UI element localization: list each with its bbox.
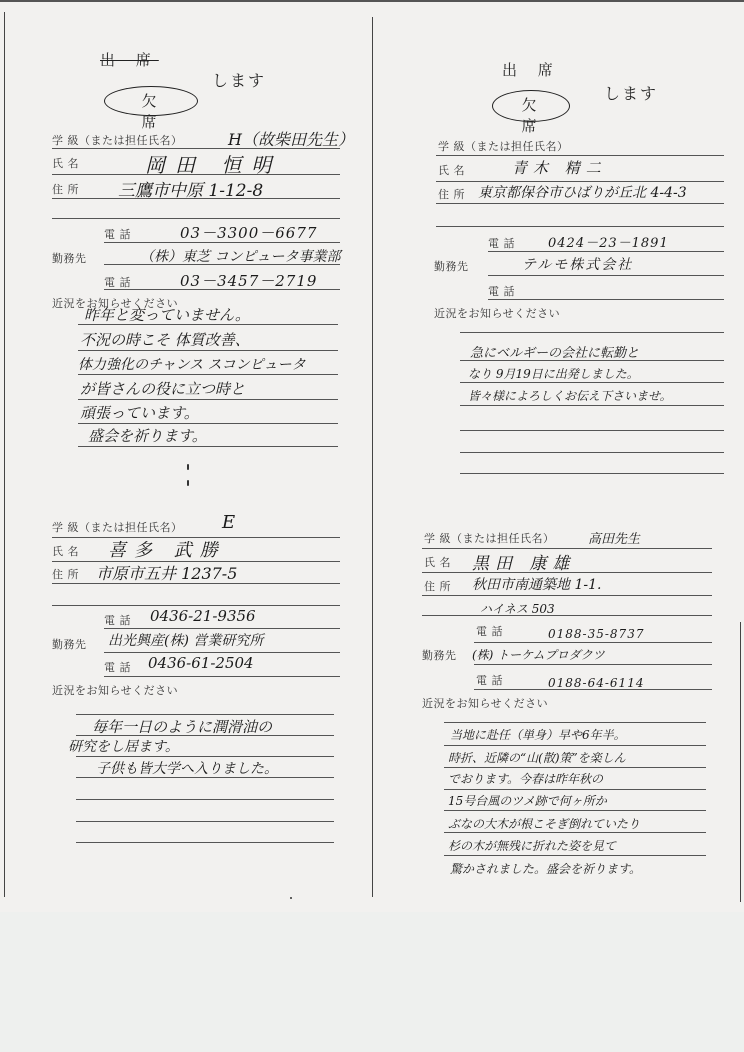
- reply-card-aoki: 出 席 します 欠 席 学 級（または担任氏名） 氏 名 青木 精二 住 所 東…: [372, 2, 744, 502]
- work-phone-value: 0436-61-2504: [148, 654, 254, 672]
- rule: [460, 405, 724, 406]
- news-line: 15号台風のツメ跡で何ヶ所か: [448, 792, 607, 809]
- phone-value: 0188-35-8737: [548, 627, 644, 641]
- rule: [78, 374, 338, 375]
- news-line: 子供も皆大学へ入りました。: [96, 758, 278, 778]
- absent-option-circled: 欠 席: [492, 90, 570, 122]
- rule: [436, 155, 724, 156]
- rule: [104, 676, 340, 677]
- phone-value: 0436-21-9356: [150, 607, 256, 625]
- work-phone-label: 電 話: [488, 283, 515, 299]
- news-line: 昨年と変っていません。: [84, 304, 250, 325]
- news-line: 時折、近隣の“山(散)策”を楽しん: [448, 749, 626, 766]
- news-line: 不況の時こそ 体質改善、: [80, 329, 250, 350]
- rule: [460, 430, 724, 431]
- news-line: 当地に赴任（単身）早や6年半。: [450, 726, 626, 743]
- rule: [76, 821, 334, 822]
- rule: [488, 299, 724, 300]
- news-line: 頑張っています。: [80, 402, 199, 423]
- name-label: 氏 名: [424, 554, 451, 570]
- rule: [52, 198, 340, 199]
- rule: [78, 324, 338, 325]
- address-label: 住 所: [438, 186, 465, 202]
- rule: [460, 382, 724, 383]
- scan-mark: [290, 897, 292, 899]
- work-phone-label: 電 話: [104, 274, 131, 290]
- reply-card-kita: 学 級（または担任氏名） E 氏 名 喜多 武勝 住 所 市原市五井 1237-…: [0, 502, 372, 902]
- grade-value: 高田先生: [588, 528, 640, 547]
- absent-option-circled: 欠 席: [104, 86, 198, 116]
- news-line: 盛会を祈ります。: [88, 425, 207, 446]
- address-label: 住 所: [52, 566, 79, 582]
- address-label: 住 所: [424, 578, 451, 594]
- work-phone-value: 0188-64-6114: [548, 676, 644, 690]
- workplace-value: （株）東芝 コンピュータ事業部: [140, 246, 340, 266]
- address-value: 市原市五井 1237-5: [96, 561, 237, 584]
- rule: [52, 218, 340, 219]
- rule: [76, 714, 334, 715]
- scanned-page: 出 席 します 欠 席 学 級（または担任氏名） H（故柴田先生） 氏 名 岡田…: [0, 0, 744, 914]
- rule: [444, 855, 706, 856]
- reply-card-okada: 出 席 します 欠 席 学 級（または担任氏名） H（故柴田先生） 氏 名 岡田…: [0, 2, 372, 502]
- phone-value: 03－3300－6677: [180, 222, 317, 243]
- name-value: 青木 精二: [512, 157, 607, 178]
- news-line: 毎年一日のように潤滑油の: [92, 716, 272, 737]
- rule: [422, 572, 712, 573]
- workplace-value: テルモ株式会社: [522, 254, 633, 274]
- attend-option: 出 席: [502, 59, 561, 80]
- rule: [104, 289, 340, 290]
- phone-label: 電 話: [476, 623, 503, 639]
- workplace-label: 勤務先: [422, 647, 457, 663]
- name-label: 氏 名: [438, 162, 465, 178]
- rule: [436, 203, 724, 204]
- rule: [104, 628, 340, 629]
- news-line: でおります。今春は昨年秋の: [448, 770, 603, 787]
- rule: [422, 615, 712, 616]
- rule: [488, 251, 724, 252]
- attend-option: 出 席: [100, 49, 159, 70]
- news-line: が皆さんの役に立つ時と: [80, 378, 245, 399]
- rule: [78, 446, 338, 447]
- rule: [104, 652, 340, 653]
- reply-card-kuroda: 学 級（または担任氏名） 高田先生 氏 名 黒田 康雄 住 所 秋田市南通築地 …: [372, 502, 744, 902]
- workplace-label: 勤務先: [434, 258, 469, 274]
- phone-label: 電 話: [488, 235, 515, 251]
- address-label: 住 所: [52, 181, 79, 197]
- rule: [460, 332, 724, 333]
- rule: [474, 689, 712, 690]
- rule: [78, 399, 338, 400]
- rule: [460, 473, 724, 474]
- phone-value: 0424－23－1891: [548, 232, 669, 251]
- news-label: 近況をお知らせください: [422, 695, 548, 711]
- rule: [76, 756, 334, 757]
- phone-label: 電 話: [104, 226, 131, 242]
- rule: [444, 722, 706, 723]
- news-line: 急にベルギーの会社に転勤と: [470, 342, 639, 361]
- name-value: 黒田 康雄: [472, 549, 575, 574]
- rule: [444, 810, 706, 811]
- scan-mark: [187, 480, 189, 486]
- workplace-value: 出光興産(株) 営業研究所: [108, 630, 263, 650]
- rule: [474, 642, 712, 643]
- rule: [76, 842, 334, 843]
- rule: [76, 777, 334, 778]
- news-label: 近況をお知らせください: [52, 682, 178, 698]
- rule: [52, 174, 340, 175]
- shimasu-label: します: [212, 68, 266, 91]
- blank-scan-margin: [0, 912, 744, 1052]
- work-phone-label: 電 話: [104, 659, 131, 675]
- rule: [488, 275, 724, 276]
- grade-label: 学 級（または担任氏名）: [52, 519, 183, 535]
- workplace-value: (株) トーケムプロダクツ: [472, 646, 605, 663]
- rule: [422, 595, 712, 596]
- rule: [436, 226, 724, 227]
- rule: [76, 799, 334, 800]
- workplace-label: 勤務先: [52, 250, 87, 266]
- rule: [444, 745, 706, 746]
- grade-label: 学 級（または担任氏名）: [438, 138, 569, 154]
- rule: [444, 789, 706, 790]
- grade-label: 学 級（または担任氏名）: [52, 132, 183, 148]
- news-line: 皆々様によろしくお伝え下さいませ。: [468, 387, 672, 404]
- rule: [78, 423, 338, 424]
- grade-label: 学 級（または担任氏名）: [424, 530, 555, 546]
- news-line: 杉の木が無残に折れた姿を見て: [448, 837, 616, 854]
- work-phone-label: 電 話: [476, 672, 503, 688]
- rule: [444, 767, 706, 768]
- news-line: なり 9月19日に出発しました。: [468, 365, 639, 382]
- name-label: 氏 名: [52, 155, 79, 171]
- grade-value: H（故柴田先生）: [228, 127, 354, 150]
- rule: [444, 832, 706, 833]
- rule: [104, 242, 340, 243]
- scan-mark: [187, 464, 189, 470]
- news-label: 近況をお知らせください: [434, 305, 560, 321]
- work-phone-value: 03－3457－2719: [180, 270, 317, 291]
- news-line: ぶなの大木が根こそぎ倒れていたり: [448, 815, 640, 832]
- rule: [78, 350, 338, 351]
- address-value: 秋田市南通築地 1-1.: [472, 574, 601, 594]
- name-label: 氏 名: [52, 543, 79, 559]
- rule: [474, 664, 712, 665]
- rule: [104, 264, 340, 265]
- rule: [460, 452, 724, 453]
- shimasu-label: します: [604, 81, 658, 104]
- news-line: 研究をし居ます。: [68, 736, 179, 756]
- name-value: 喜多 武勝: [108, 536, 226, 562]
- news-line: 体力強化のチャンス スコンピュータ: [78, 354, 306, 374]
- phone-label: 電 話: [104, 612, 131, 628]
- address-value: 東京都保谷市ひばりが丘北 4-4-3: [478, 182, 687, 202]
- rule: [460, 360, 724, 361]
- rule: [52, 605, 340, 606]
- workplace-label: 勤務先: [52, 636, 87, 652]
- rule: [52, 583, 340, 584]
- news-line: 驚かされました。盛会を祈ります。: [450, 860, 641, 877]
- grade-value: E: [222, 512, 235, 533]
